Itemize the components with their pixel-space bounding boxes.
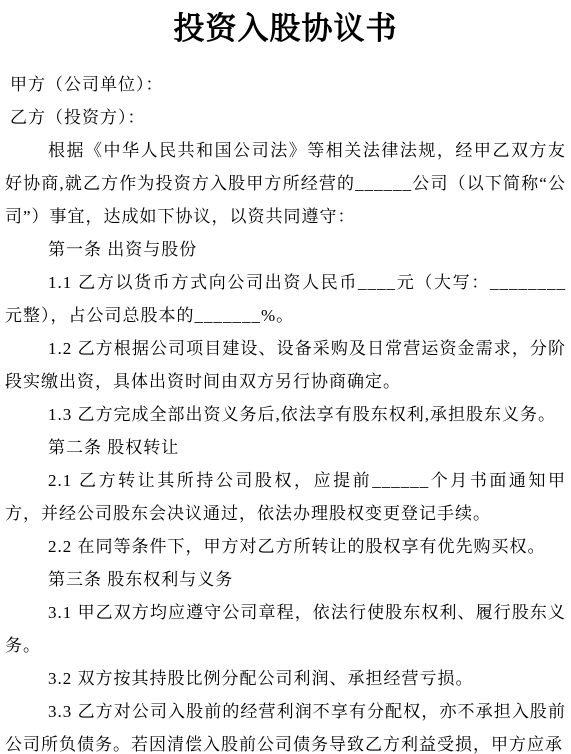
document-page: 投资入股协议书 甲方（公司单位）：乙方（投资方）：根据《中华人民共和国公司法》等… <box>0 0 571 754</box>
paragraph: 1.2 乙方根据公司项目建设、设备采购及日常营运资金需求，分阶段实缴出资，具体出… <box>5 332 566 398</box>
paragraph: 第一条 出资与股份 <box>5 233 566 266</box>
document-title: 投资入股协议书 <box>5 8 566 50</box>
paragraph: 2.2 在同等条件下，甲方对乙方所转让的股权享有优先购买权。 <box>5 530 566 563</box>
paragraph: 1.3 乙方完成全部出资义务后,依法享有股东权利,承担股东义务。 <box>5 398 566 431</box>
paragraph: 3.3 乙方对公司入股前的经营利润不享有分配权，亦不承担入股前公司所负债务。若因… <box>5 695 566 754</box>
paragraph: 根据《中华人民共和国公司法》等相关法律法规，经甲乙双方友好协商,就乙方作为投资方… <box>5 134 566 233</box>
paragraph: 第三条 股东权利与义务 <box>5 563 566 596</box>
paragraph: 3.1 甲乙双方均应遵守公司章程，依法行使股东权利、履行股东义务。 <box>5 596 566 662</box>
paragraph: 1.1 乙方以货币方式向公司出资人民币____元（大写：________元整），… <box>5 266 566 332</box>
paragraph: 甲方（公司单位）： <box>5 68 566 101</box>
paragraph: 第二条 股权转让 <box>5 431 566 464</box>
paragraph: 2.1 乙方转让其所持公司股权，应提前______个月书面通知甲方，并经公司股东… <box>5 464 566 530</box>
paragraph: 乙方（投资方）： <box>5 101 566 134</box>
paragraph: 3.2 双方按其持股比例分配公司利润、承担经营亏损。 <box>5 662 566 695</box>
document-body: 甲方（公司单位）：乙方（投资方）：根据《中华人民共和国公司法》等相关法律法规，经… <box>5 68 566 754</box>
